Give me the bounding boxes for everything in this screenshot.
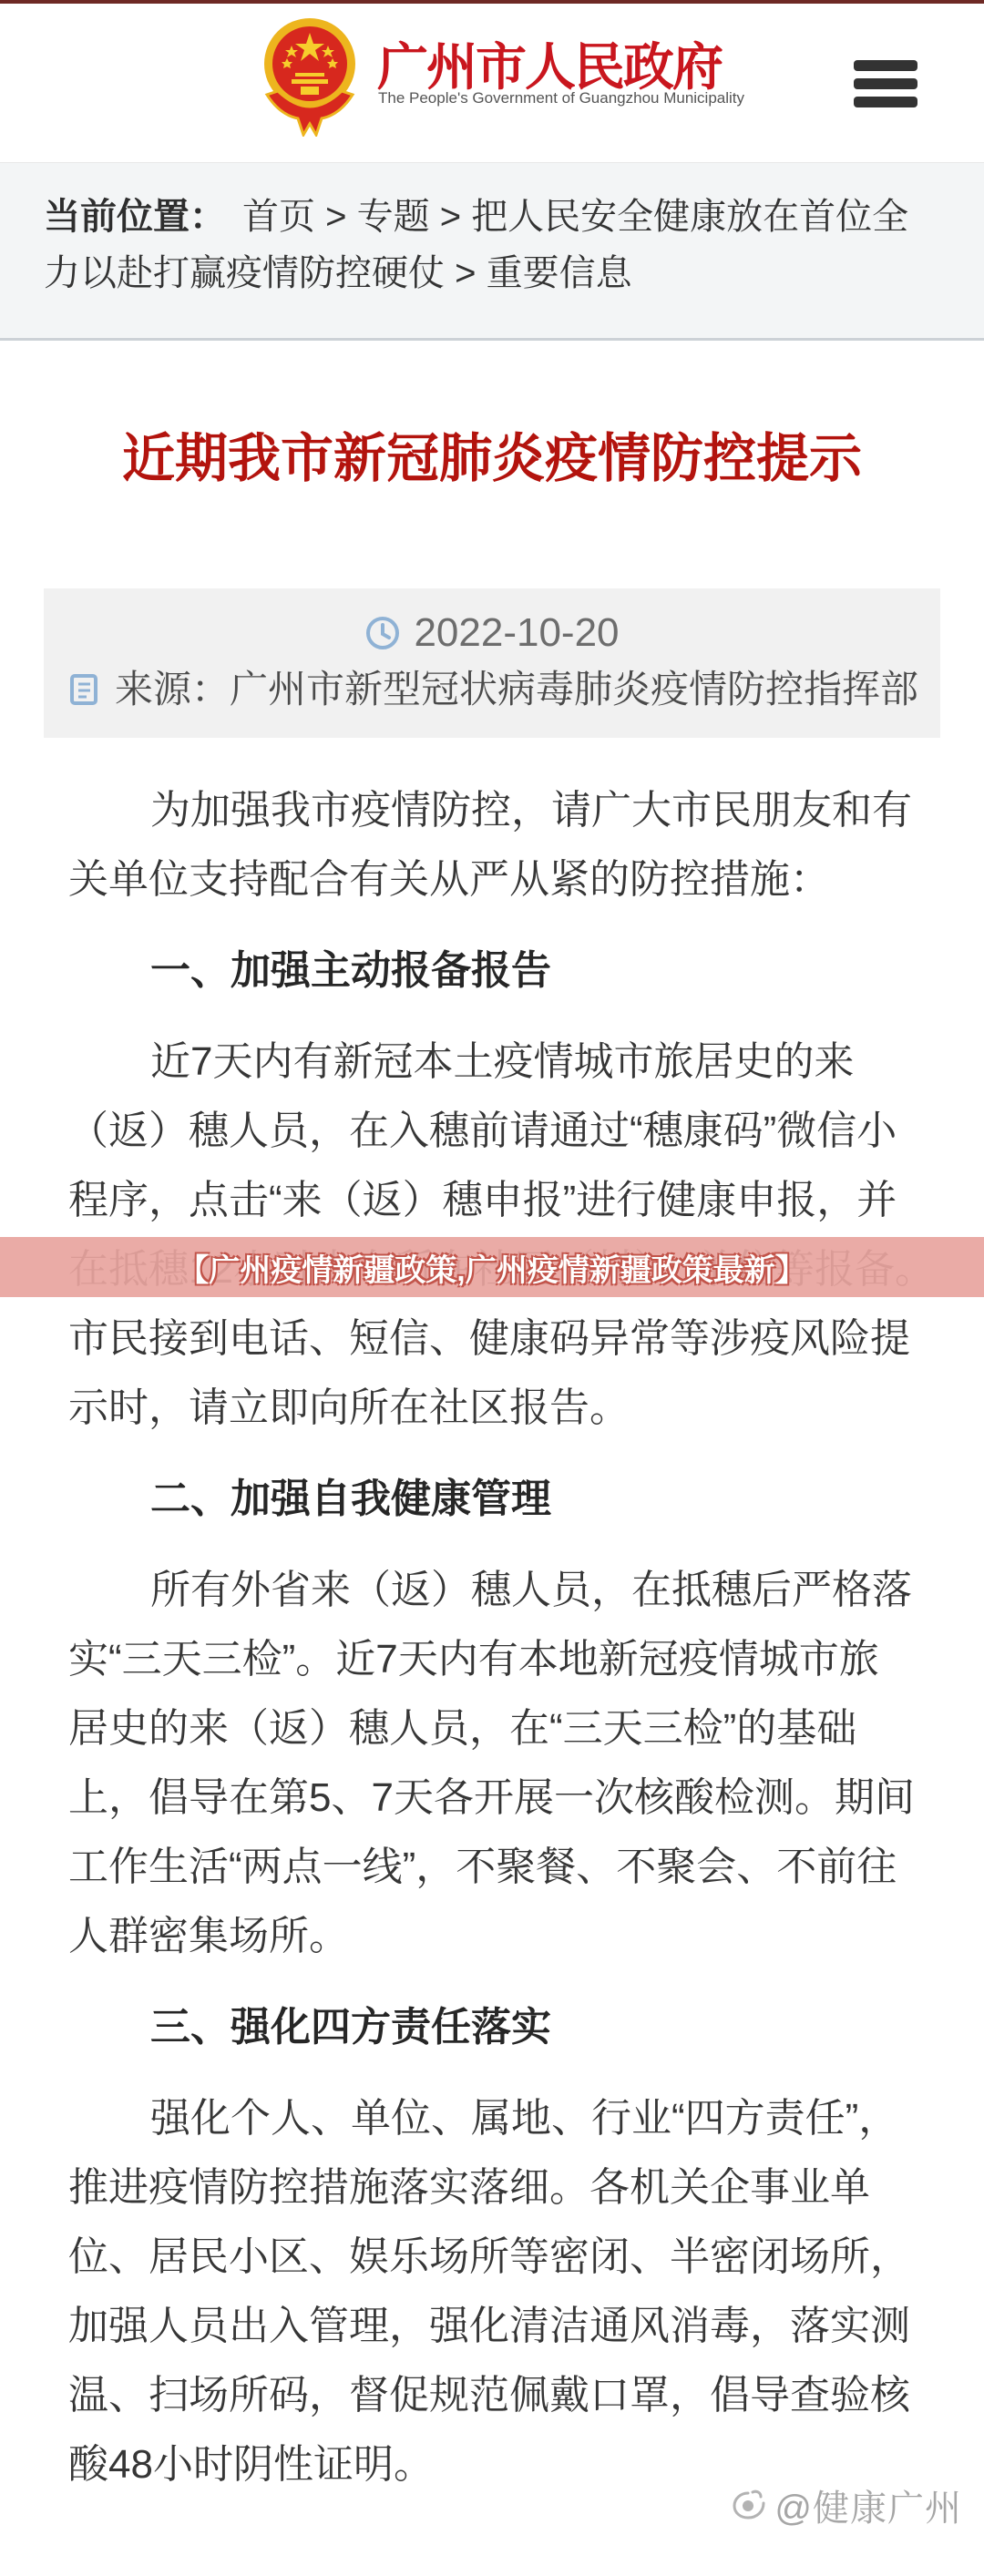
china-national-emblem-logo[interactable] <box>261 16 358 137</box>
article-title: 近期我市新冠肺炎疫情防控提示 <box>36 432 948 486</box>
weibo-icon <box>731 2488 767 2524</box>
breadcrumb-label: 当前位置： <box>44 197 226 237</box>
section-heading: 二、加强自我健康管理 <box>68 1465 920 1534</box>
site-header: 广州市人民政府 The People's Government of Guang… <box>0 4 984 162</box>
source-row: 来源： 广州市新型冠状病毒肺炎疫情防控指挥部 <box>53 665 931 714</box>
text-line: （返）穗人员，在入穗前请通过“穗康码”微信小 <box>68 1097 920 1166</box>
section-heading: 三、强化四方责任落实 <box>68 1993 920 2062</box>
breadcrumb: 当前位置：首页 > 专题 > 把人民安全健康放在首位全力以赴打赢疫情防控硬仗 >… <box>0 162 984 341</box>
breadcrumb-separator: > <box>430 197 472 237</box>
text-line: 示时，请立即向所在社区报告。 <box>68 1374 920 1443</box>
hamburger-bar <box>854 78 917 89</box>
text-line: 强化个人、单位、属地、行业“四方责任”， <box>68 2084 920 2153</box>
text-line: 市民接到电话、短信、健康码异常等涉疫风险提 <box>68 1304 920 1374</box>
breadcrumb-item[interactable]: 首页 <box>242 197 315 237</box>
document-icon <box>66 671 102 708</box>
text-line: 一、加强主动报备报告 <box>68 936 920 1006</box>
text-line: 居史的来（返）穗人员，在“三天三检”的基础 <box>68 1694 920 1763</box>
text-line: 人群密集场所。 <box>68 1902 920 1971</box>
site-subtitle: The People's Government of Guangzhou Mun… <box>378 89 744 107</box>
source-value: 广州市新型冠状病毒肺炎疫情防控指挥部 <box>230 665 918 714</box>
text-line: 实“三天三检”。近7天内有本地新冠疫情城市旅 <box>68 1625 920 1694</box>
text-line: 上，倡导在第5、7天各开展一次核酸检测。期间 <box>68 1763 920 1833</box>
text-line: 程序，点击“来（返）穗申报”进行健康申报，并 <box>68 1166 920 1235</box>
text-line: 所有外省来（返）穗人员，在抵穗后严格落 <box>68 1556 920 1625</box>
weibo-credit-watermark: @健康广州 <box>731 2479 962 2531</box>
hamburger-bar <box>854 97 917 107</box>
body-paragraph: 强化个人、单位、属地、行业“四方责任”，推进疫情防控措施落实落细。各机关企事业单… <box>68 2084 920 2499</box>
national-emblem-icon <box>261 16 358 137</box>
text-line: 温、扫场所码，督促规范佩戴口罩，倡导查验核 <box>68 2361 920 2430</box>
breadcrumb-item[interactable]: 重要信息 <box>487 253 632 293</box>
text-line: 工作生活“两点一线”，不聚餐、不聚会、不前往 <box>68 1833 920 1902</box>
text-line: 关单位支持配合有关从严从紧的防控措施： <box>68 845 920 915</box>
breadcrumb-separator: > <box>445 253 487 293</box>
source-label: 来源： <box>115 665 230 714</box>
text-line: 推进疫情防控措施落实落细。各机关企事业单 <box>68 2153 920 2223</box>
body-paragraph: 近7天内有新冠本土疫情城市旅居史的来（返）穗人员，在入穗前请通过“穗康码”微信小… <box>68 1027 920 1443</box>
body-paragraph: 所有外省来（返）穗人员，在抵穗后严格落实“三天三检”。近7天内有本地新冠疫情城市… <box>68 1556 920 1971</box>
page: 广州市人民政府 The People's Government of Guang… <box>0 0 984 2576</box>
text-line: 加强人员出入管理，强化清洁通风消毒，落实测 <box>68 2292 920 2361</box>
article: 近期我市新冠肺炎疫情防控提示 2022-10-20 来源： 广州市新型冠状病毒肺… <box>0 432 984 2576</box>
section-heading: 一、加强主动报备报告 <box>68 936 920 1006</box>
seo-watermark-text: 【广州疫情新疆政策,广州疫情新疆政策最新】 <box>178 1245 805 1290</box>
publish-date: 2022-10-20 <box>414 608 619 658</box>
text-line: 为加强我市疫情防控，请广大市民朋友和有 <box>68 776 920 845</box>
breadcrumb-item[interactable]: 专题 <box>357 197 430 237</box>
body-paragraph: 为加强我市疫情防控，请广大市民朋友和有关单位支持配合有关从严从紧的防控措施： <box>68 776 920 915</box>
credit-text: @健康广州 <box>774 2479 962 2531</box>
hamburger-bar <box>854 60 917 71</box>
article-meta-box: 2022-10-20 来源： 广州市新型冠状病毒肺炎疫情防控指挥部 <box>44 588 940 738</box>
clock-icon <box>364 615 401 651</box>
text-line: 位、居民小区、娱乐场所等密闭、半密闭场所， <box>68 2223 920 2292</box>
menu-hamburger-icon[interactable] <box>854 60 917 107</box>
text-line: 三、强化四方责任落实 <box>68 1993 920 2062</box>
seo-watermark-bar: 【广州疫情新疆政策,广州疫情新疆政策最新】 <box>0 1237 984 1297</box>
breadcrumb-separator: > <box>315 197 357 237</box>
publish-date-row: 2022-10-20 <box>53 608 931 658</box>
article-body: 为加强我市疫情防控，请广大市民朋友和有关单位支持配合有关从严从紧的防控措施：一、… <box>0 776 984 2576</box>
text-line: 近7天内有新冠本土疫情城市旅居史的来 <box>68 1027 920 1097</box>
text-line: 二、加强自我健康管理 <box>68 1465 920 1534</box>
